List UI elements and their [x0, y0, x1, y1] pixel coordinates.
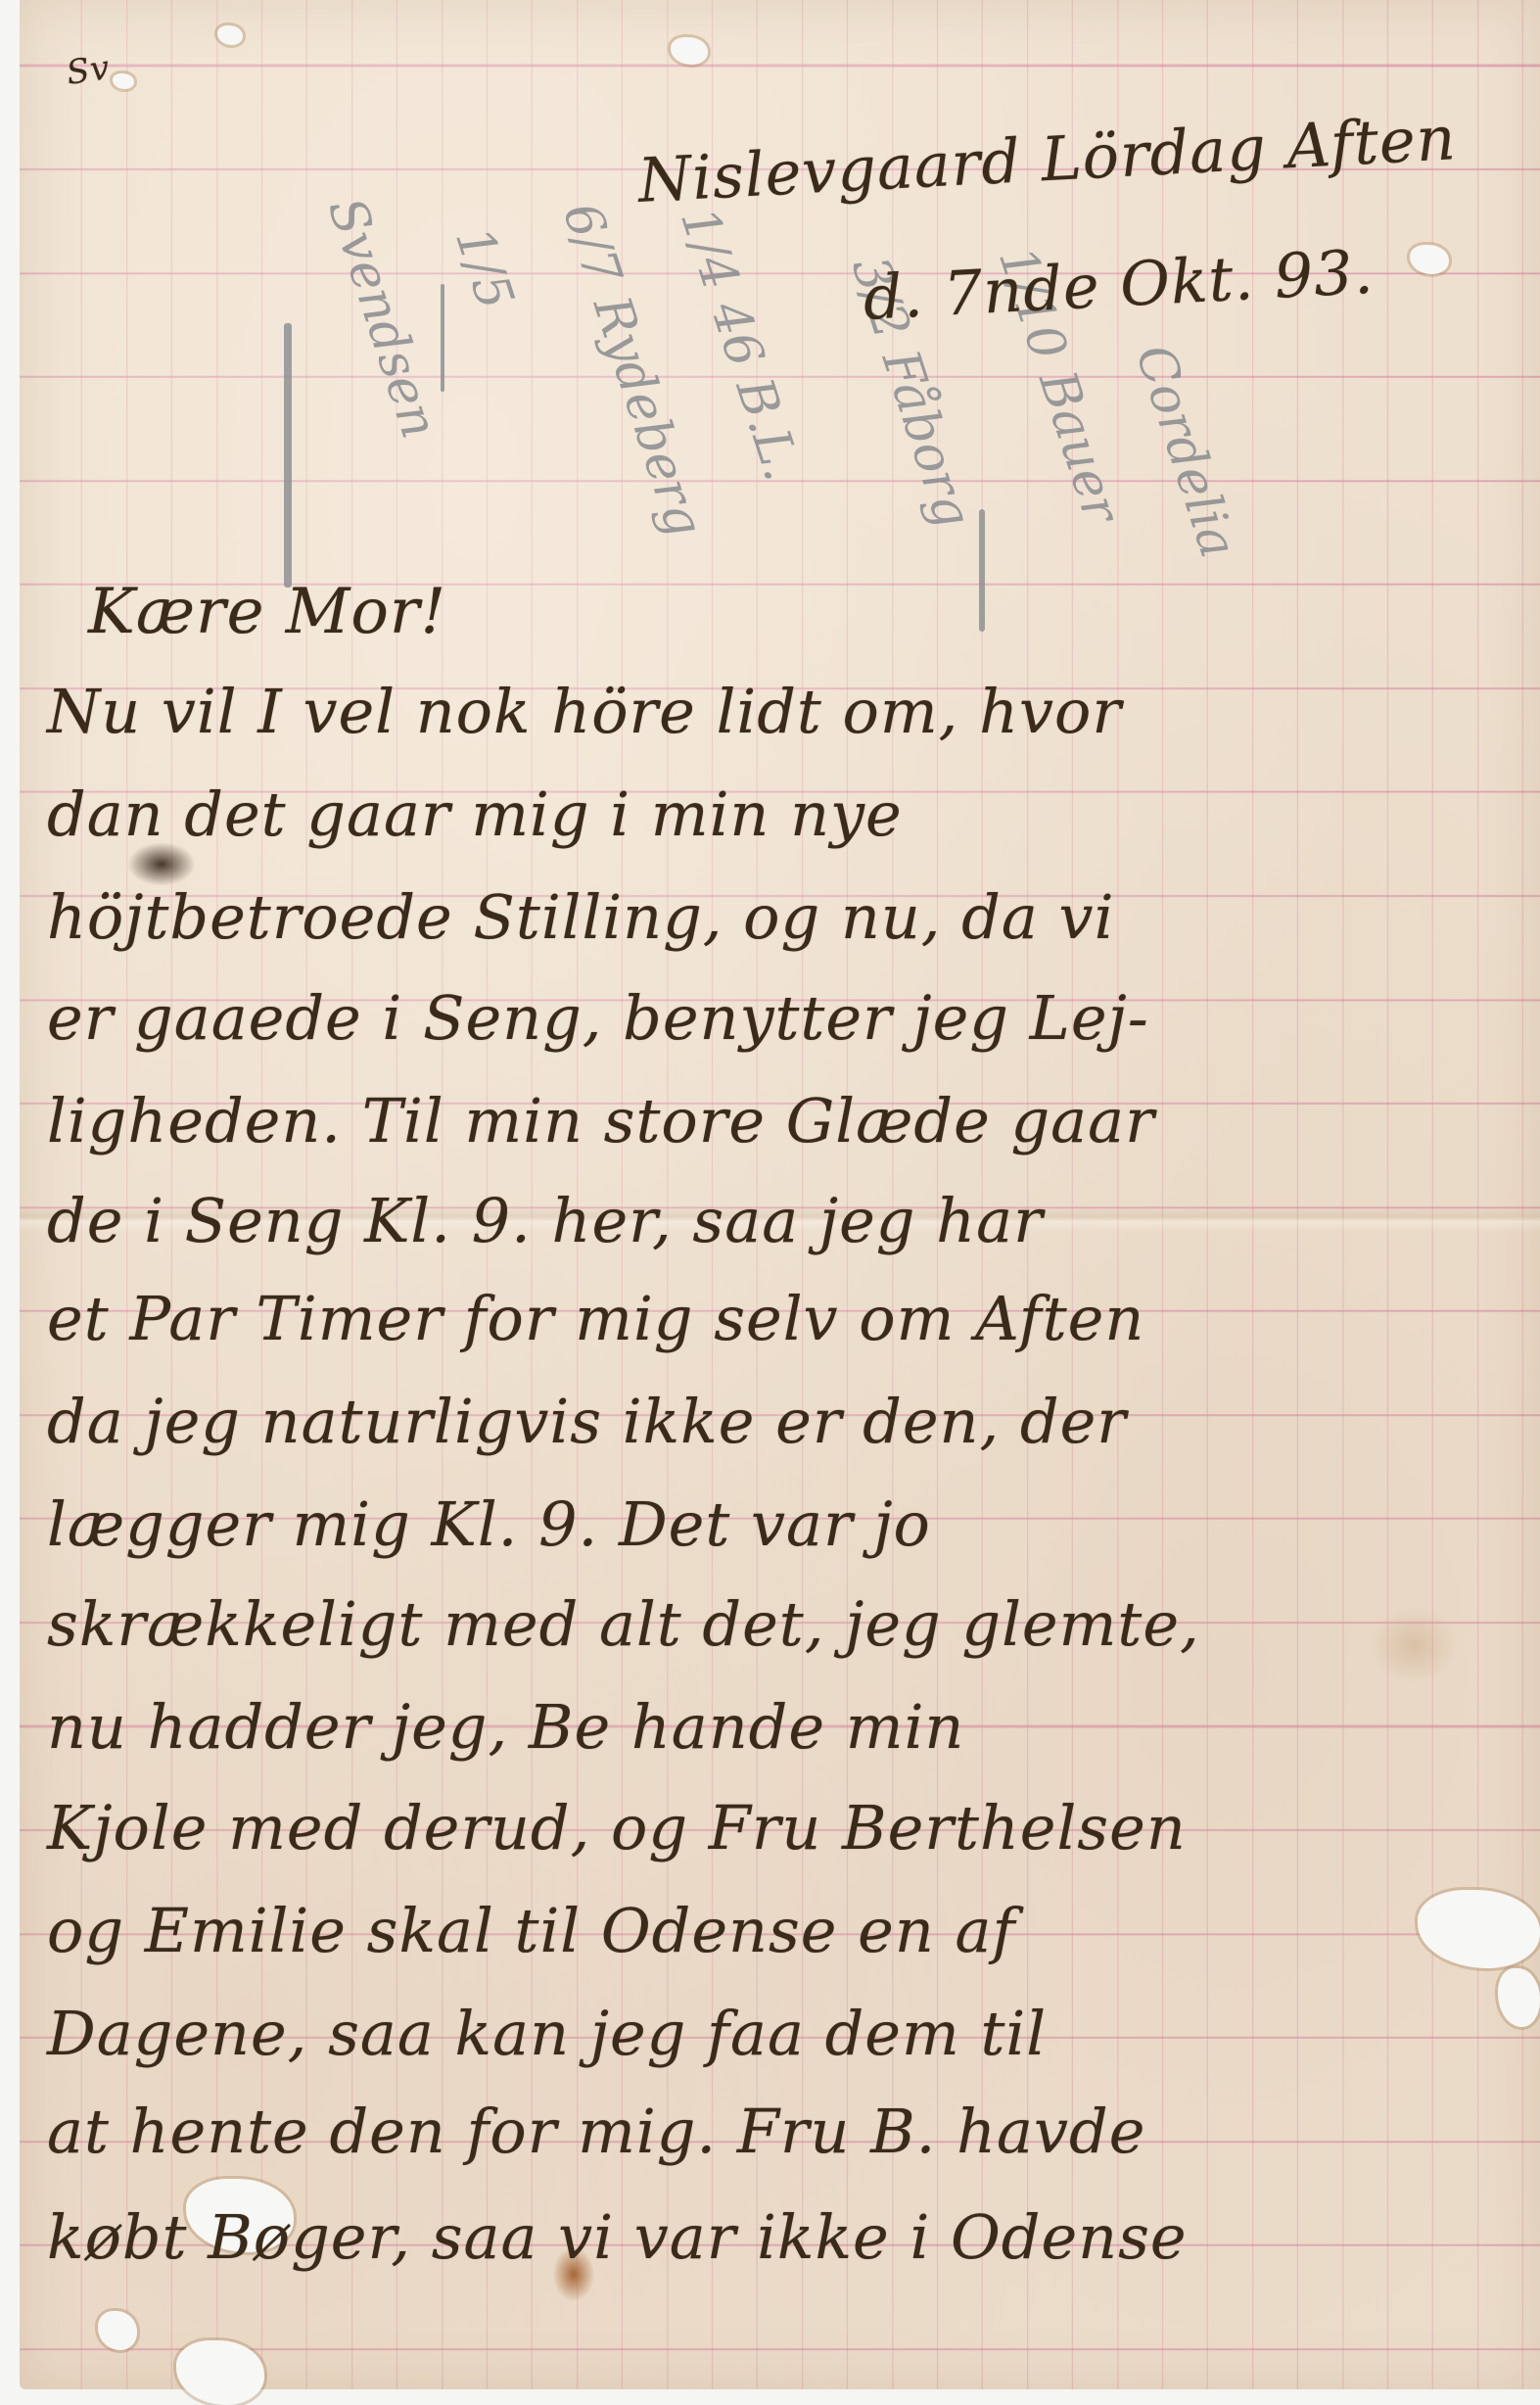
body-line: er gaaede i Seng, benytter jeg Lej-: [47, 982, 1149, 1054]
paper-hole: [113, 73, 134, 89]
body-line: lægger mig Kl. 9. Det var jo: [47, 1488, 931, 1560]
body-line: et Par Timer for mig selv om Aften: [47, 1283, 1144, 1354]
body-line: höjtbetroede Stilling, og nu, da vi: [47, 881, 1114, 953]
body-line: Nu vil I vel nok höre lidt om, hvor: [47, 676, 1122, 747]
pencil-vertical-line: [441, 284, 444, 392]
salutation: Kære Mor!: [88, 576, 446, 648]
paper-hole: [217, 25, 243, 45]
body-line: dan det gaar mig i min nye: [47, 778, 903, 850]
pencil-vertical-line: [979, 509, 985, 632]
body-line: at hente den for mig. Fru B. havde: [47, 2096, 1145, 2167]
body-line: de i Seng Kl. 9. her, saa jeg har: [47, 1185, 1044, 1256]
body-line: købt Bøger, saa vi var ikke i Odense: [47, 2201, 1188, 2273]
body-line: ligheden. Til min store Glæde gaar: [47, 1085, 1155, 1156]
corner-mark: Sv: [64, 48, 113, 93]
body-line: og Emilie skal til Odense en af: [47, 1895, 1015, 1966]
body-line: nu hadder jeg, Be hande min: [47, 1691, 964, 1763]
water-stain: [1371, 1606, 1459, 1684]
body-line: Dagene, saa kan jeg faa dem til: [47, 1998, 1047, 2069]
body-line: skrækkeligt med alt det, jeg glemte,: [47, 1588, 1200, 1660]
pencil-vertical-line: [284, 323, 292, 588]
body-line: Kjole med derud, og Fru Berthelsen: [47, 1792, 1187, 1863]
body-line: da jeg naturligvis ikke er den, der: [47, 1386, 1127, 1457]
